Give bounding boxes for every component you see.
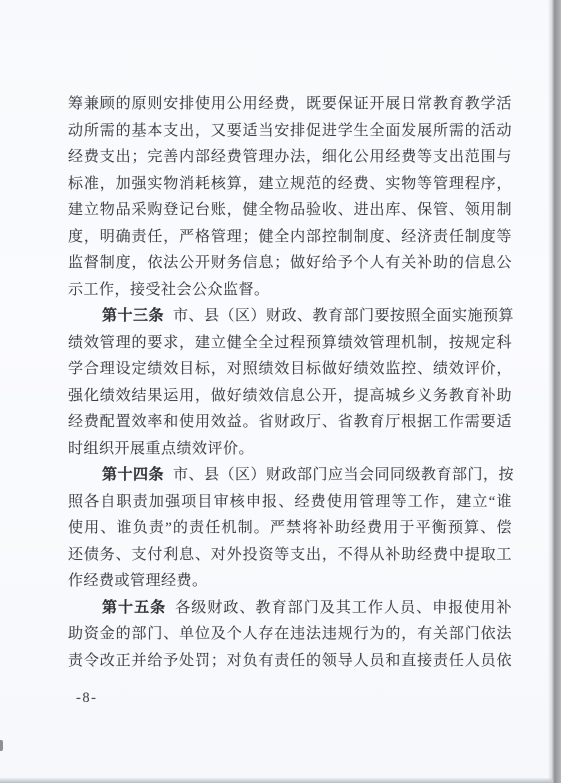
text-line: 监督制度，依法公开财务信息；做好给予个人有关补助的信息公 xyxy=(68,250,512,277)
article-number: 第十三条 xyxy=(102,308,164,324)
text-run: 经费配置效率和使用效益。省财政厅、省教育厅根据工作需要适 xyxy=(68,414,512,430)
text-run: 各级财政、教育部门及其工作人员、申报使用补 xyxy=(175,600,512,616)
text-run: 绩效管理的要求，建立健全全过程预算绩效管理机制，按规定科 xyxy=(68,335,512,351)
text-line: 度，明确责任，严格管理；健全内部控制制度、经济责任制度等 xyxy=(68,224,512,251)
text-run: 强化绩效结果运用，做好绩效信息公开，提高城乡义务教育补助 xyxy=(68,388,512,404)
text-line: 建立物品采购登记台账，健全物品验收、进出库、保管、领用制 xyxy=(68,197,512,224)
text-line: 学合理设定绩效目标，对照绩效目标做好绩效监控、绩效评价， xyxy=(68,356,512,383)
text-line: 照各自职责加强项目审核申报、经费使用管理等工作，建立“谁 xyxy=(68,489,512,516)
scan-edge-bottom xyxy=(0,778,552,783)
text-line: 强化绩效结果运用，做好绩效信息公开，提高城乡义务教育补助 xyxy=(68,383,512,410)
text-line: 标准，加强实物消耗核算，建立规范的经费、实物等管理程序， xyxy=(68,171,512,198)
text-line: 助资金的部门、单位及个人存在违法违规行为的，有关部门依法 xyxy=(68,621,512,648)
article-number: 第十四条 xyxy=(102,467,164,483)
text-run: 建立物品采购登记台账，健全物品验收、进出库、保管、领用制 xyxy=(68,202,512,218)
text-line: 示工作，接受社会公众监督。 xyxy=(68,277,512,304)
text-line: 动所需的基本支出，又要适当安排促进学生全面发展所需的活动 xyxy=(68,118,512,145)
body-text: 筹兼顾的原则安排使用公用经费，既要保证开展日常教育教学活动所需的基本支出，又要适… xyxy=(68,91,512,674)
text-line: 筹兼顾的原则安排使用公用经费，既要保证开展日常教育教学活 xyxy=(68,91,512,118)
text-run: 市、县（区）财政、教育部门要按照全面实施预算 xyxy=(173,308,514,324)
scan-edge-right xyxy=(552,0,561,783)
text-line: 第十五条各级财政、教育部门及其工作人员、申报使用补 xyxy=(68,595,512,622)
text-run: 筹兼顾的原则安排使用公用经费，既要保证开展日常教育教学活 xyxy=(68,96,512,112)
text-run: 作经费或管理经费。 xyxy=(68,573,208,589)
text-run: 市、县（区）财政部门应当会同同级教育部门，按 xyxy=(173,467,514,483)
page-number: -8- xyxy=(76,690,97,707)
text-run: 动所需的基本支出，又要适当安排促进学生全面发展所需的活动 xyxy=(68,123,512,139)
text-run: 示工作，接受社会公众监督。 xyxy=(68,282,270,298)
text-run: 度，明确责任，严格管理；健全内部控制制度、经济责任制度等 xyxy=(68,229,512,245)
text-line: 第十三条市、县（区）财政、教育部门要按照全面实施预算 xyxy=(68,303,512,330)
text-run: 经费支出；完善内部经费管理办法，细化公用经费等支出范围与 xyxy=(68,149,512,165)
text-line: 时组织开展重点绩效评价。 xyxy=(68,436,512,463)
text-run: 标准，加强实物消耗核算，建立规范的经费、实物等管理程序， xyxy=(68,176,512,192)
text-line: 责令改正并给予处罚；对负有责任的领导人员和直接责任人员依 xyxy=(68,648,512,675)
text-line: 绩效管理的要求，建立健全全过程预算绩效管理机制，按规定科 xyxy=(68,330,512,357)
text-line: 还债务、支付利息、对外投资等支出，不得从补助经费中提取工 xyxy=(68,542,512,569)
text-line: 经费支出；完善内部经费管理办法，细化公用经费等支出范围与 xyxy=(68,144,512,171)
text-run: 助资金的部门、单位及个人存在违法违规行为的，有关部门依法 xyxy=(68,626,512,642)
text-line: 作经费或管理经费。 xyxy=(68,568,512,595)
text-line: 经费配置效率和使用效益。省财政厅、省教育厅根据工作需要适 xyxy=(68,409,512,436)
scan-mark-left xyxy=(0,740,3,751)
text-line: 第十四条市、县（区）财政部门应当会同同级教育部门，按 xyxy=(68,462,512,489)
text-run: 使用、谁负责”的责任机制。严禁将补助经费用于平衡预算、偿 xyxy=(68,520,512,536)
text-run: 责令改正并给予处罚；对负有责任的领导人员和直接责任人员依 xyxy=(68,653,512,669)
article-number: 第十五条 xyxy=(102,600,166,616)
text-run: 监督制度，依法公开财务信息；做好给予个人有关补助的信息公 xyxy=(68,255,512,271)
text-run: 时组织开展重点绩效评价。 xyxy=(68,441,254,457)
text-line: 使用、谁负责”的责任机制。严禁将补助经费用于平衡预算、偿 xyxy=(68,515,512,542)
text-run: 还债务、支付利息、对外投资等支出，不得从补助经费中提取工 xyxy=(68,547,512,563)
document-page: 筹兼顾的原则安排使用公用经费，既要保证开展日常教育教学活动所需的基本支出，又要适… xyxy=(0,0,561,783)
text-run: 照各自职责加强项目审核申报、经费使用管理等工作，建立“谁 xyxy=(68,494,512,510)
text-run: 学合理设定绩效目标，对照绩效目标做好绩效监控、绩效评价， xyxy=(68,361,512,377)
